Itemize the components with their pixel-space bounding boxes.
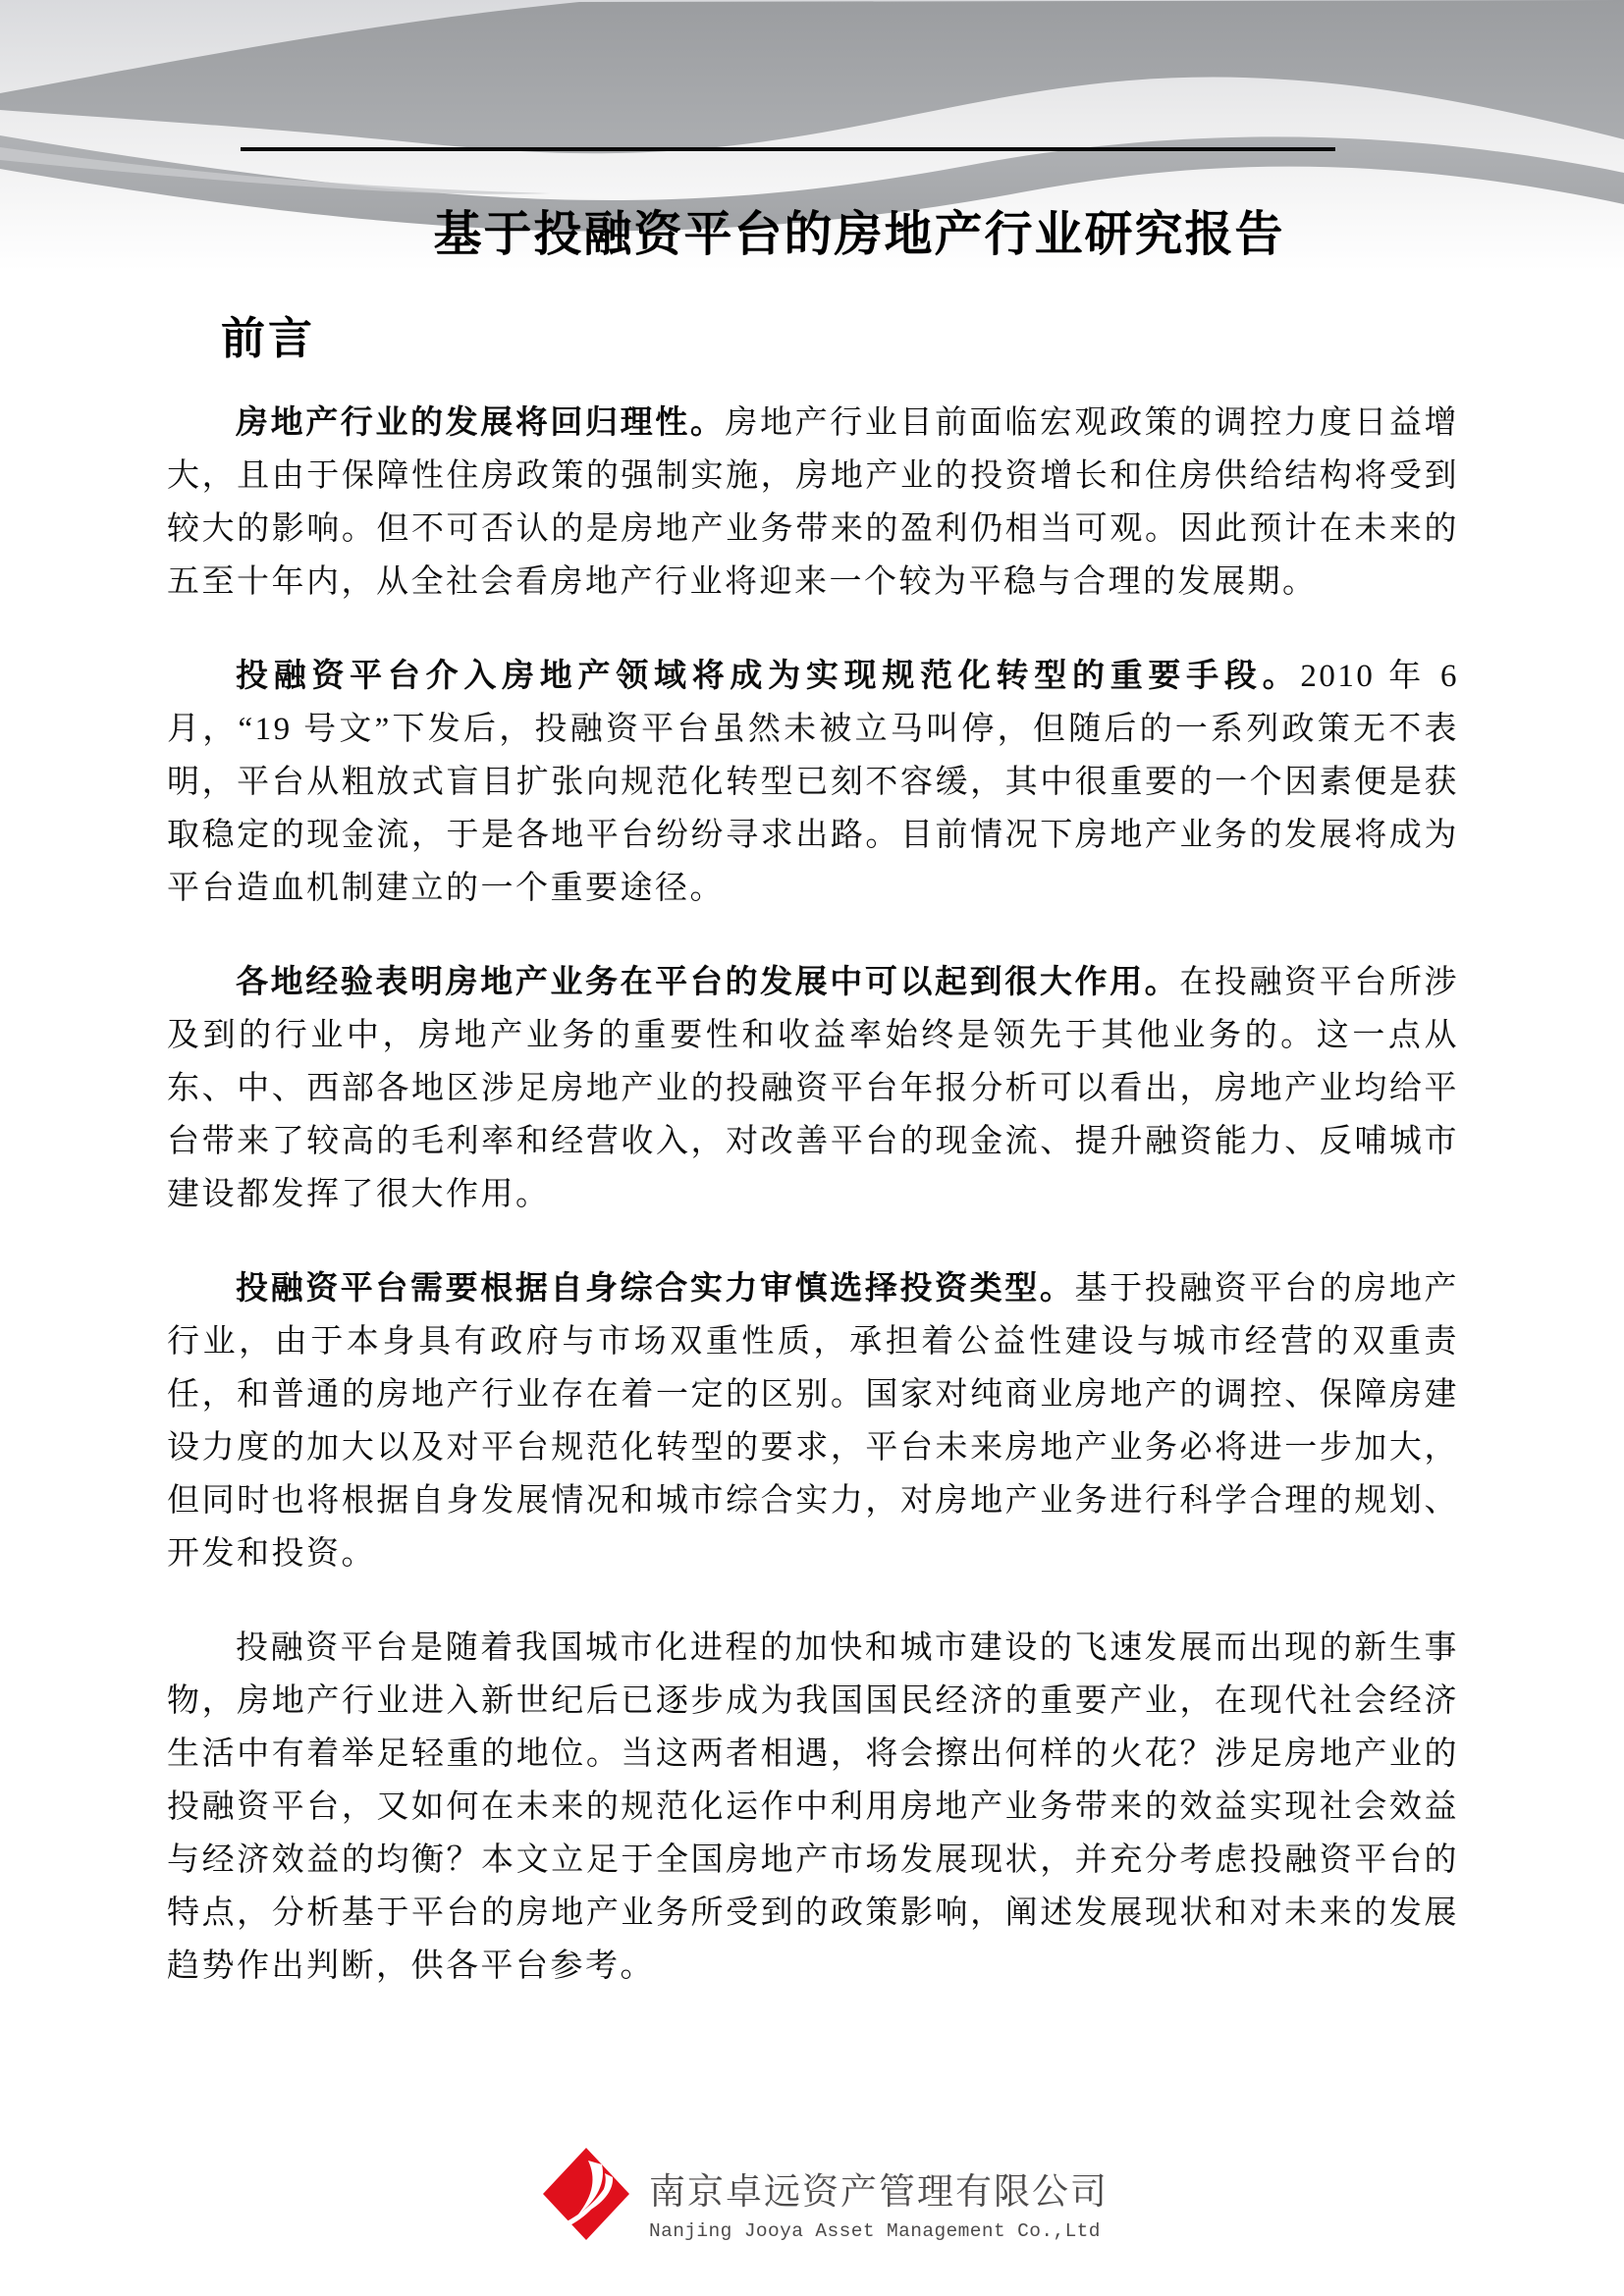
paragraph: 房地产行业的发展将回归理性。房地产行业目前面临宏观政策的调控力度日益增大，且由于… bbox=[167, 397, 1459, 609]
paragraph-lead: 各地经验表明房地产业务在平台的发展中可以起到很大作用。 bbox=[236, 965, 1179, 1000]
section-heading-foreword: 前言 bbox=[221, 302, 315, 366]
paragraph-lead: 投融资平台需要根据自身综合实力审慎选择投资类型。 bbox=[236, 1271, 1074, 1307]
footer-names: 南京卓远资产管理有限公司 Nanjing Jooya Asset Managem… bbox=[649, 2148, 1109, 2242]
paragraph-body: 2010 年 6 月，“19 号文”下发后，投融资平台虽然未被立马叫停，但随后的… bbox=[167, 659, 1459, 906]
paragraph: 投融资平台是随着我国城市化进程的加快和城市建设的飞速发展而出现的新生事物，房地产… bbox=[167, 1622, 1459, 1993]
company-name-en: Nanjing Jooya Asset Management Co.,Ltd bbox=[649, 2220, 1109, 2242]
paragraph: 各地经验表明房地产业务在平台的发展中可以起到很大作用。在投融资平台所涉及到的行业… bbox=[167, 956, 1459, 1221]
paragraph: 投融资平台介入房地产领域将成为实现规范化转型的重要手段。2010 年 6 月，“… bbox=[167, 650, 1459, 915]
paragraph-body: 投融资平台是随着我国城市化进程的加快和城市建设的飞速发展而出现的新生事物，房地产… bbox=[167, 1630, 1459, 1984]
company-logo-icon bbox=[543, 2148, 629, 2240]
paragraph-body: 在投融资平台所涉及到的行业中，房地产业务的重要性和收益率始终是领先于其他业务的。… bbox=[167, 965, 1459, 1212]
paragraph: 投融资平台需要根据自身综合实力审慎选择投资类型。基于投融资平台的房地产行业，由于… bbox=[167, 1262, 1459, 1580]
paragraph-lead: 房地产行业的发展将回归理性。 bbox=[236, 405, 725, 441]
paragraph-lead: 投融资平台介入房地产领域将成为实现规范化转型的重要手段。 bbox=[236, 659, 1300, 694]
header-rule bbox=[241, 147, 1335, 151]
footer: 南京卓远资产管理有限公司 Nanjing Jooya Asset Managem… bbox=[543, 2148, 1109, 2242]
body-text-block: 房地产行业的发展将回归理性。房地产行业目前面临宏观政策的调控力度日益增大，且由于… bbox=[167, 397, 1459, 2034]
paragraph-body: 基于投融资平台的房地产行业，由于本身具有政府与市场双重性质，承担着公益性建设与城… bbox=[167, 1271, 1459, 1572]
report-title: 基于投融资平台的房地产行业研究报告 bbox=[0, 196, 1624, 265]
wave-crest-shape bbox=[0, 0, 1624, 153]
document-page: 基于投融资平台的房地产行业研究报告 前言 房地产行业的发展将回归理性。房地产行业… bbox=[0, 0, 1624, 2296]
company-name-cn: 南京卓远资产管理有限公司 bbox=[649, 2162, 1109, 2215]
